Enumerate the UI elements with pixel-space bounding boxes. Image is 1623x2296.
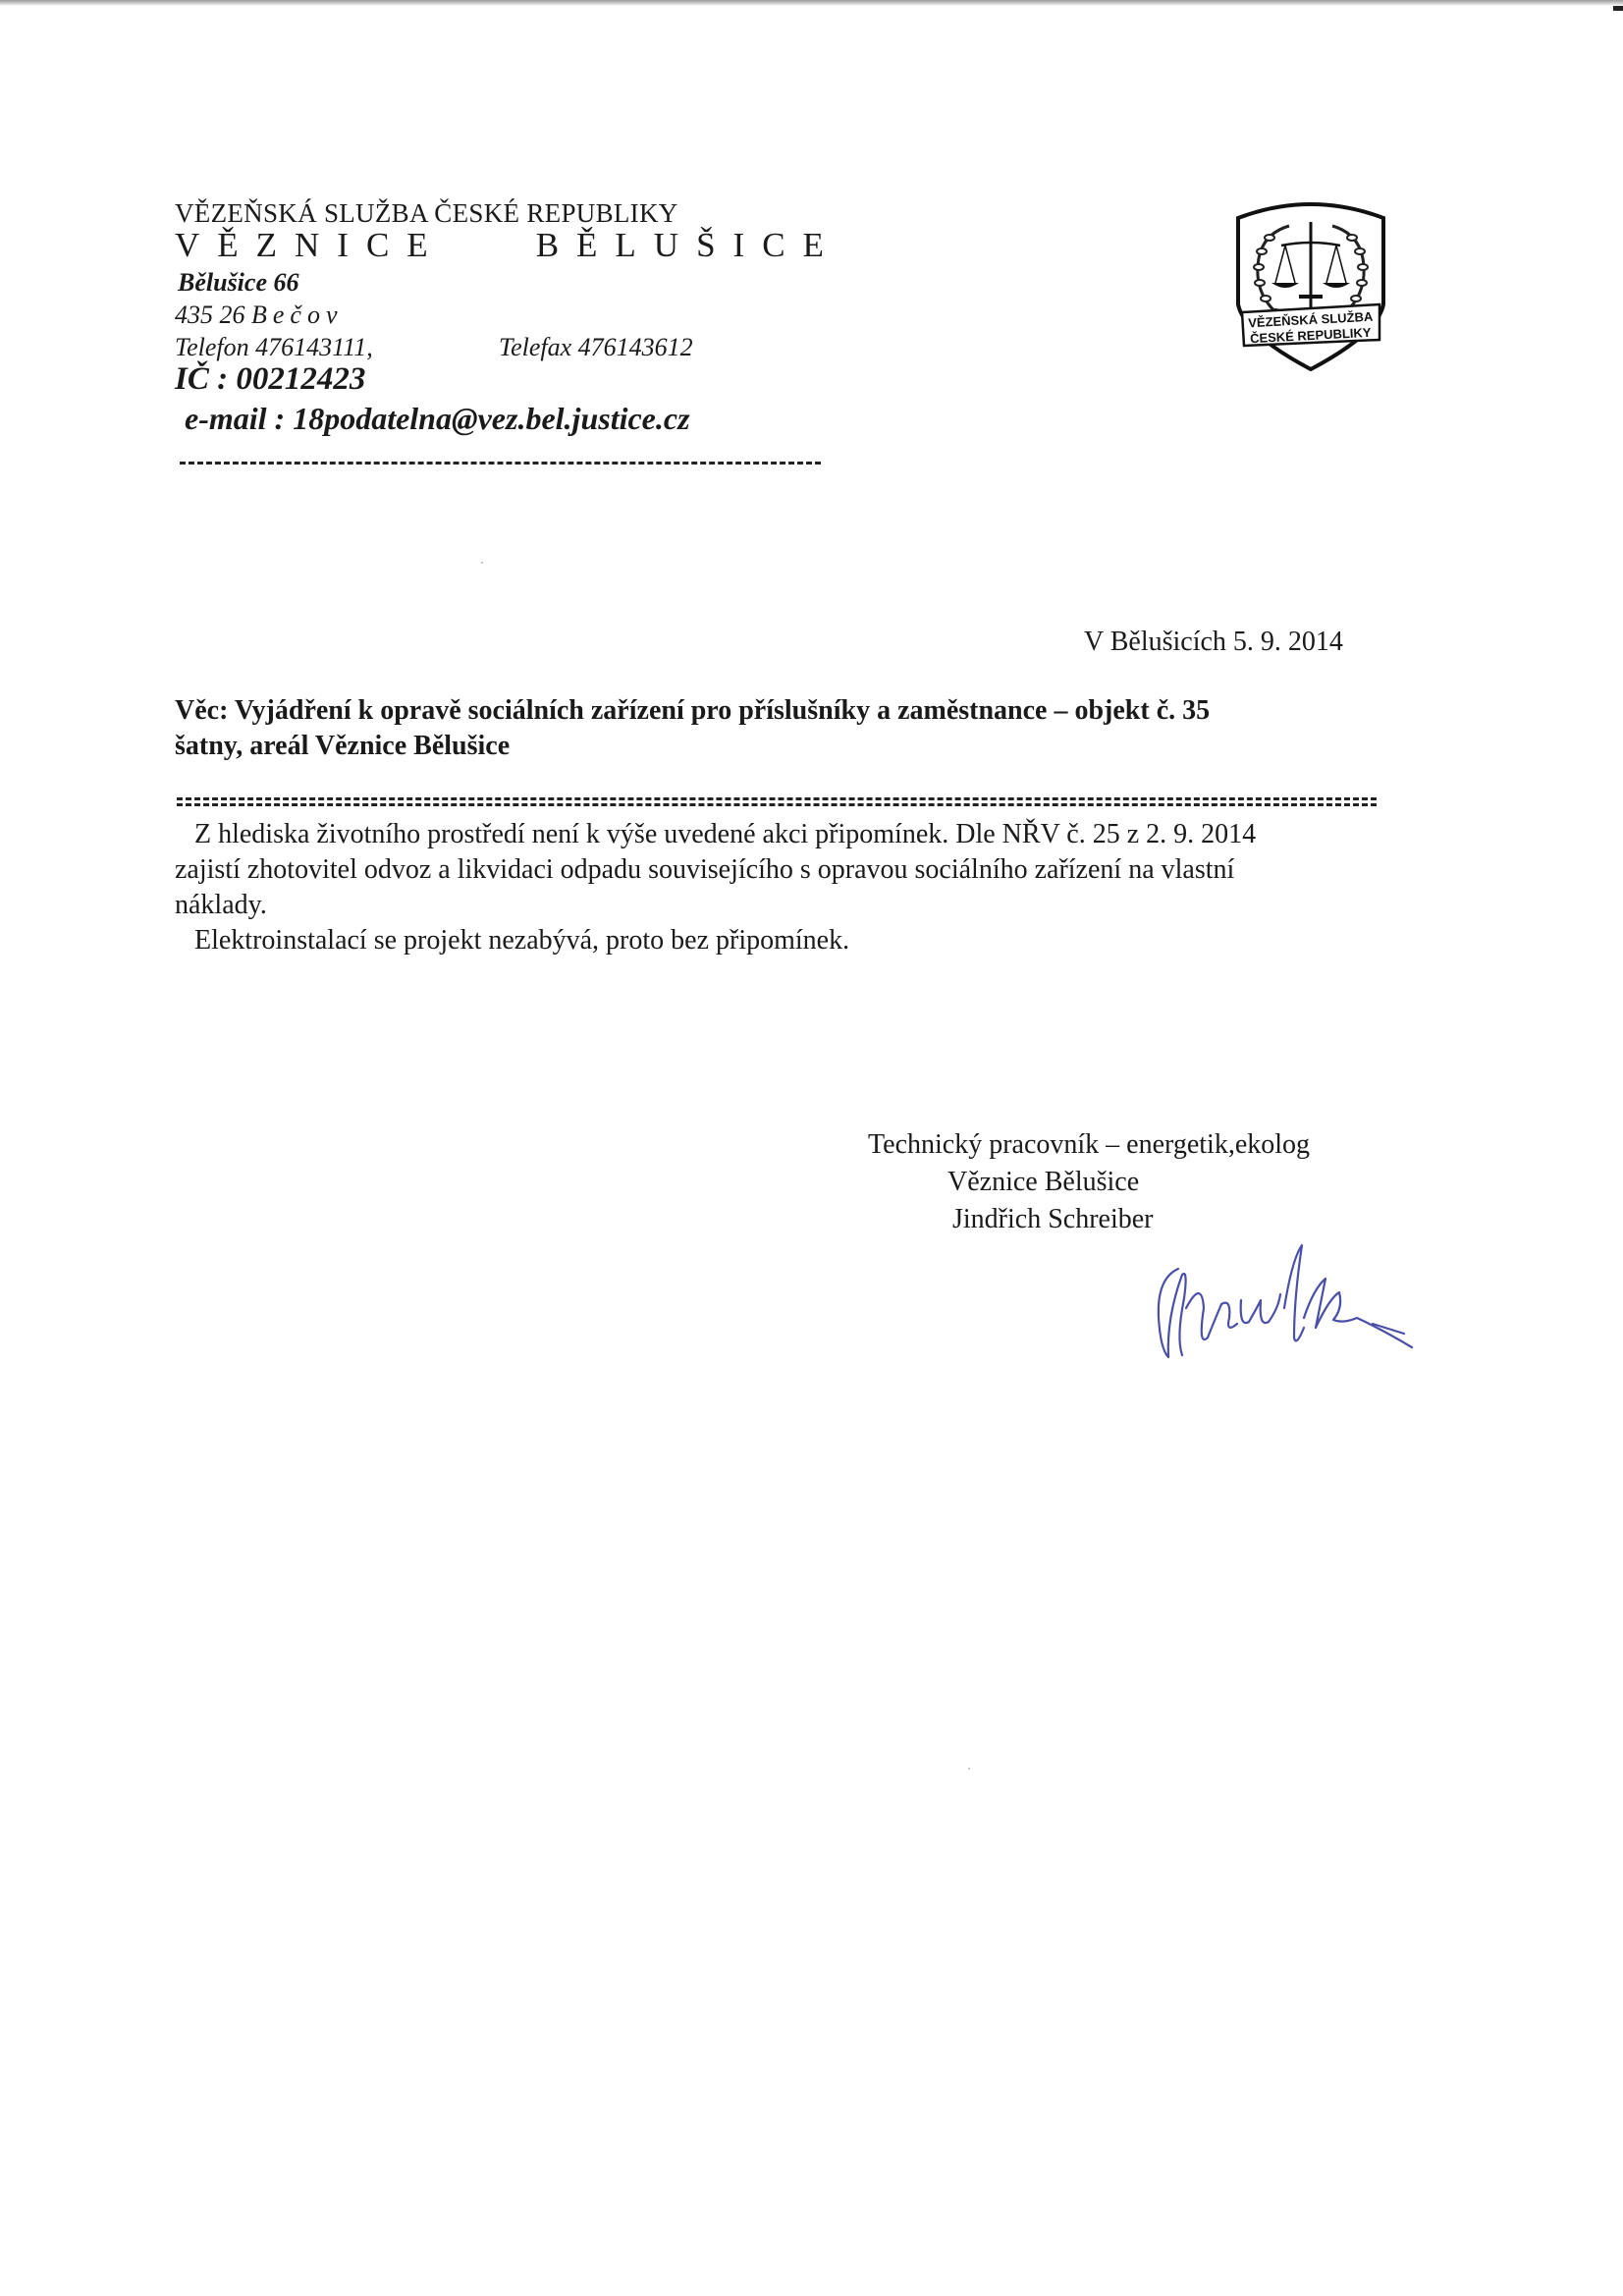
ic-number: 00212423	[236, 361, 365, 397]
fax-group: Telefax 476143612	[499, 333, 693, 362]
handwritten-signature-icon	[1147, 1239, 1441, 1367]
signatory-name: Jindřich Schreiber	[952, 1204, 1154, 1235]
paragraph-1-line-3: náklady.	[175, 888, 1451, 923]
scan-mark	[1613, 6, 1623, 11]
subject-line-2: šatny, areál Věznice Bělušice	[175, 729, 1422, 764]
letterhead-address-city: 435 26 Bečov	[175, 301, 344, 330]
signatory-organization: Věznice Bělušice	[947, 1167, 1139, 1198]
institution-word-1: VĚZNICE	[175, 226, 446, 265]
letterhead-email: e-mail : 18podatelna@vez.bel.justice.cz	[185, 401, 690, 437]
body-text: Z hlediska životního prostředí není k vý…	[175, 817, 1451, 958]
postal-code: 435 26	[175, 301, 245, 329]
subject-line-1: Věc: Vyjádření k opravě sociálních zaříz…	[175, 693, 1422, 729]
fax-number: 476143612	[578, 333, 693, 361]
scan-speck	[968, 1768, 970, 1770]
letterhead-institution: VĚZNICE BĚLUŠICE	[175, 226, 841, 265]
scan-speck	[481, 562, 483, 564]
phone-label: Telefon	[175, 333, 249, 361]
scan-edge	[0, 0, 1623, 6]
fax-label: Telefax	[499, 333, 571, 361]
email-address[interactable]: 18podatelna@vez.bel.justice.cz	[293, 401, 689, 436]
letterhead-phone-line: Telefon 476143111, Telefax 476143612	[175, 333, 373, 362]
ic-label: IČ :	[175, 361, 228, 397]
letterhead-ic: IČ : 00212423	[175, 361, 365, 398]
letterhead-address-street: Bělušice 66	[178, 268, 299, 298]
phone-number: 476143111,	[255, 333, 373, 361]
subject: Věc: Vyjádření k opravě sociálních zaříz…	[175, 693, 1422, 764]
letterhead-divider	[180, 462, 821, 465]
paragraph-2: Elektroinstalací se projekt nezabývá, pr…	[175, 923, 1451, 958]
city: Bečov	[251, 301, 344, 329]
email-label: e-mail :	[185, 401, 285, 436]
letterhead-organization: VĚZEŇSKÁ SLUŽBA ČESKÉ REPUBLIKY	[175, 198, 678, 229]
paragraph-1-line-1: Z hlediska životního prostředí není k vý…	[175, 817, 1451, 852]
institution-word-2: BĚLUŠICE	[536, 226, 841, 265]
subject-divider	[177, 797, 1377, 807]
paragraph-1-line-2: zajistí zhotovitel odvoz a likvidaci odp…	[175, 852, 1451, 888]
prison-service-emblem-icon: VĚZEŇSKÁ SLUŽBA ČESKÉ REPUBLIKY	[1230, 196, 1391, 373]
document-date: V Bělušicích 5. 9. 2014	[1084, 627, 1343, 658]
signatory-role: Technický pracovník – energetik,ekolog	[868, 1129, 1310, 1161]
